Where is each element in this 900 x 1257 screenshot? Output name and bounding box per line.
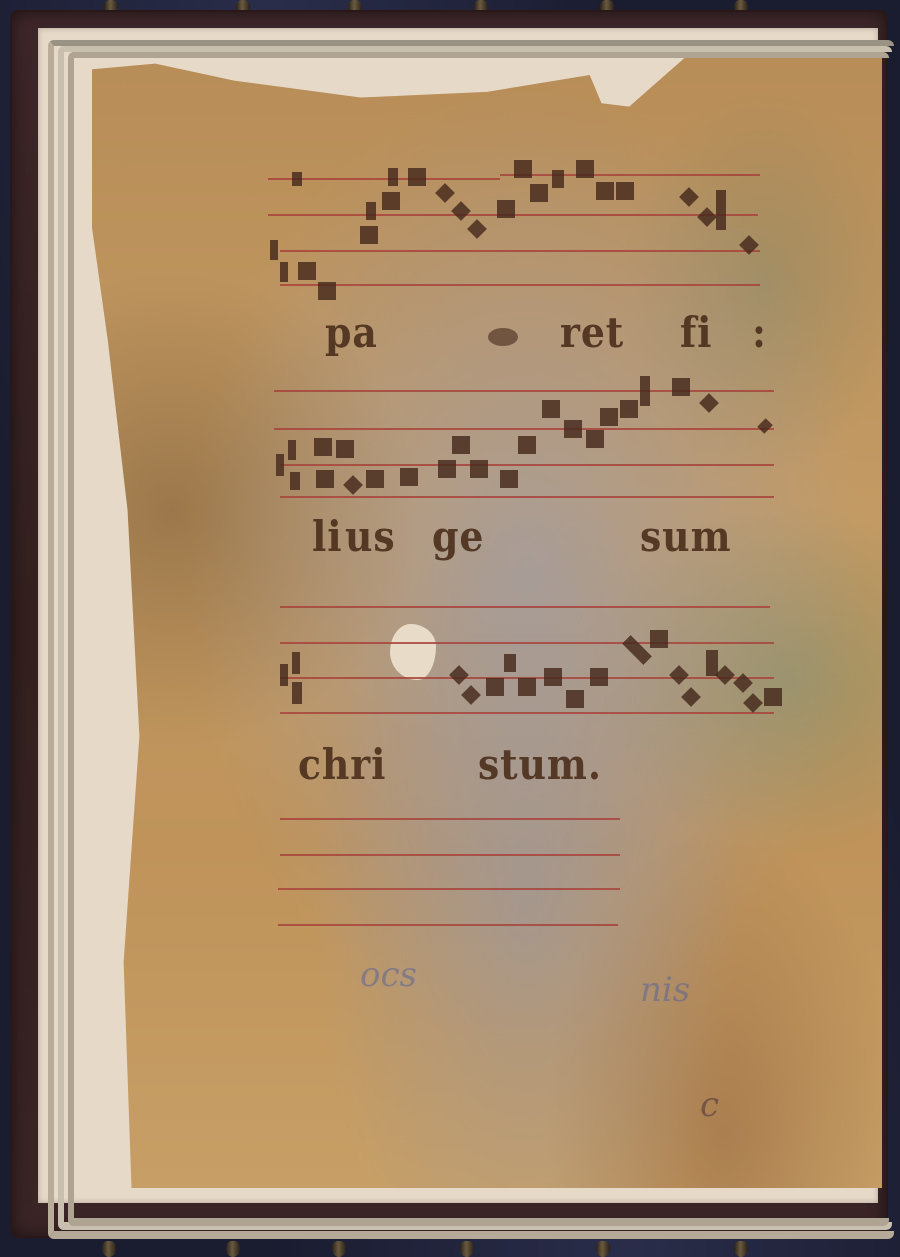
- neume: [590, 668, 608, 686]
- neume: [486, 678, 504, 696]
- neume: [438, 460, 456, 478]
- neume: [336, 440, 354, 458]
- neume: [596, 182, 614, 200]
- neume: [544, 668, 562, 686]
- staff-line: [280, 818, 620, 820]
- neume: [518, 436, 536, 454]
- lyric-syllable: ge: [432, 512, 484, 561]
- staff-line: [268, 178, 500, 180]
- staff-line: [278, 924, 618, 926]
- lyric-syllable: :: [752, 308, 767, 357]
- neume: [292, 652, 300, 674]
- neume: [292, 172, 302, 186]
- neume: [552, 170, 564, 188]
- neume: [388, 168, 398, 186]
- lyric-syllable: li: [312, 512, 343, 561]
- lyric-syllable: us: [345, 512, 396, 561]
- neume: [576, 160, 594, 178]
- neume: [366, 470, 384, 488]
- neume: [600, 408, 618, 426]
- neume: [764, 688, 782, 706]
- peg: [226, 1241, 240, 1257]
- lyric-syllable: pa: [325, 308, 378, 357]
- neume: [504, 654, 516, 672]
- staff-line: [280, 712, 774, 714]
- parchment-leaf: [92, 58, 882, 1188]
- neume: [640, 376, 650, 406]
- neume: [650, 630, 668, 648]
- neume: [298, 262, 316, 280]
- staff-line: [280, 250, 760, 252]
- neume: [288, 440, 296, 460]
- lyric-syllable: fi: [680, 308, 712, 357]
- neume: [470, 460, 488, 478]
- peg: [596, 1241, 610, 1257]
- neume: [280, 262, 288, 282]
- peg: [734, 1241, 748, 1257]
- neume: [500, 470, 518, 488]
- lyric-syllable: sum: [640, 512, 731, 561]
- neume: [270, 240, 278, 260]
- neume: [366, 202, 376, 220]
- neume: [542, 400, 560, 418]
- neume: [452, 436, 470, 454]
- neume: [400, 468, 418, 486]
- peg: [460, 1241, 474, 1257]
- staff-line: [280, 606, 770, 608]
- parchment-hole: [390, 624, 436, 680]
- neume: [564, 420, 582, 438]
- staff-line: [280, 496, 774, 498]
- lyric-syllable: ret: [560, 308, 624, 357]
- neume: [518, 678, 536, 696]
- neume: [318, 282, 336, 300]
- lyric-syllable: chri: [298, 740, 386, 789]
- neume: [360, 226, 378, 244]
- neume: [276, 454, 284, 476]
- ghost-text: c: [700, 1085, 719, 1125]
- neume: [408, 168, 426, 186]
- peg: [332, 1241, 346, 1257]
- neume: [620, 400, 638, 418]
- staff-line: [280, 464, 774, 466]
- neume: [314, 438, 332, 456]
- ghost-text: ocs: [360, 955, 417, 995]
- lyric-syllable: stum.: [478, 740, 602, 789]
- staff-line: [500, 174, 760, 176]
- staff-line: [274, 390, 774, 392]
- neume: [672, 378, 690, 396]
- ink-smudge: [488, 328, 518, 346]
- staff-line: [280, 284, 760, 286]
- staff-line: [278, 888, 620, 890]
- neume: [514, 160, 532, 178]
- neume: [716, 190, 726, 230]
- neume: [382, 192, 400, 210]
- staff-line: [280, 642, 774, 644]
- neume: [566, 690, 584, 708]
- neume: [530, 184, 548, 202]
- neume: [290, 472, 300, 490]
- neume: [292, 682, 302, 704]
- ghost-text: nis: [640, 970, 690, 1010]
- staff-line: [274, 428, 774, 430]
- neume: [280, 664, 288, 686]
- neume: [586, 430, 604, 448]
- neume: [497, 200, 515, 218]
- peg: [102, 1241, 116, 1257]
- neume: [616, 182, 634, 200]
- neume: [316, 470, 334, 488]
- staff-line: [280, 854, 620, 856]
